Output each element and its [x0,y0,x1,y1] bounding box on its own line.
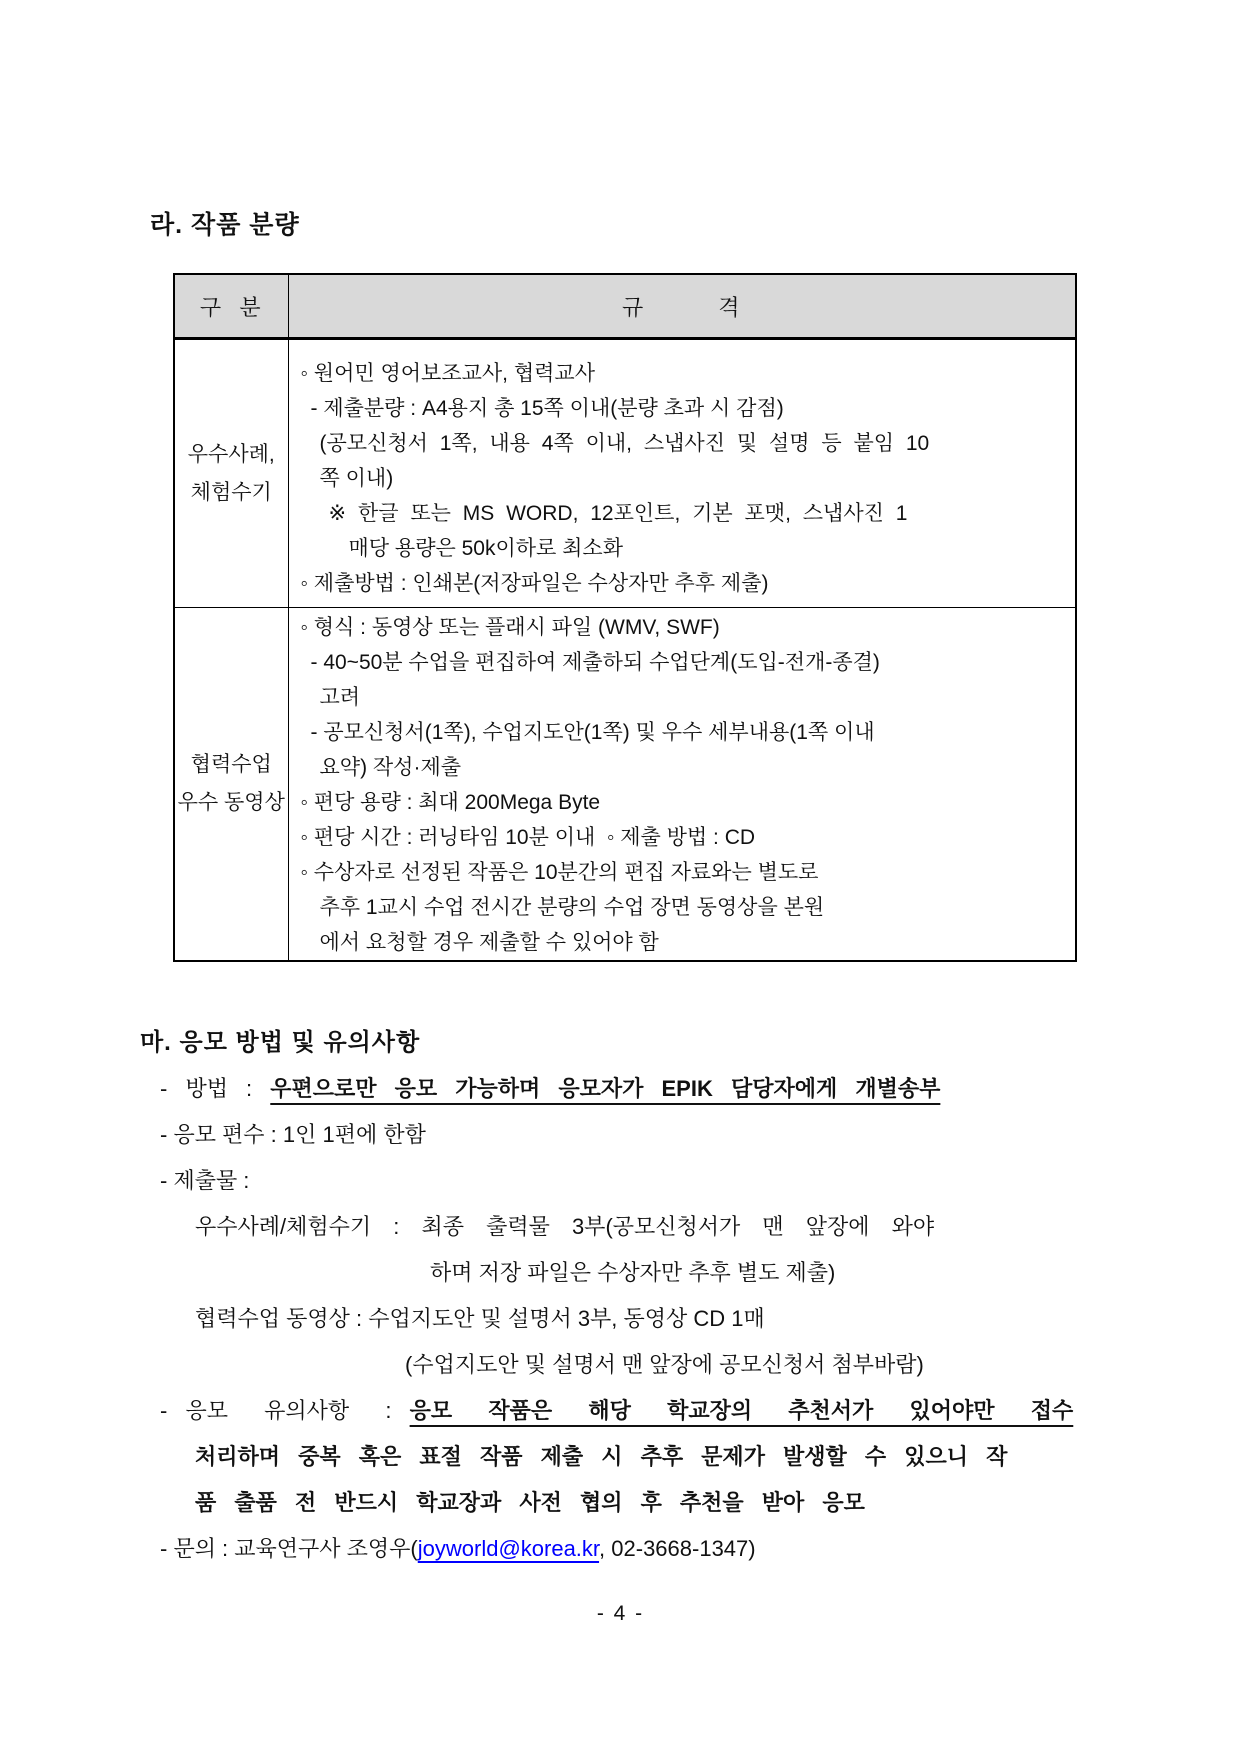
text-segment: 협력수업 동영상 : 수업지도안 및 설명서 3부, 동영상 CD 1매 [195,1306,765,1331]
text-line: 협력수업 [175,746,288,784]
text-line: 쪽 이내) [289,461,1076,496]
best-practice-submission-wrap: 하며 저장 파일은 수상자만 추후 별도 제출) [140,1250,1125,1296]
text-line: 우수 동영상 [175,784,288,822]
video-submission-wrap: (수업지도안 및 설명서 맨 앞장에 공모신청서 첨부바람) [140,1342,1125,1388]
text-segment: 처리하며 중복 혹은 표절 작품 제출 시 추후 문제가 발생할 수 있으니 작 [195,1444,1007,1469]
caution-line-2: 처리하며 중복 혹은 표절 작품 제출 시 추후 문제가 발생할 수 있으니 작 [140,1434,1125,1480]
text-line: ◦ 편당 용량 : 최대 200Mega Byte [289,785,1076,820]
volume-table: 구 분 규 격 우수사례,체험수기 ◦ 원어민 영어보조교사, 협력교사- 제출… [173,273,1077,962]
text-segment: - 공모신청서(1쪽), 수업지도안(1쪽) 및 우수 세부내용(1쪽 이내 [311,721,875,744]
text-segment: 응모 작품은 해당 학교장의 추천서가 있어야만 접수 [410,1398,1074,1423]
text-segment: 매당 용량은 50k이하로 최소화 [349,537,624,560]
section-heading-ma: 마. 응모 방법 및 유의사항 [140,1020,1125,1066]
submission-items-line: - 제출물 : [140,1158,1125,1204]
text-line: ◦ 편당 시간 : 러닝타임 10분 이내 ◦ 제출 방법 : CD [289,820,1076,855]
text-segment: - 방법 : [160,1076,270,1101]
text-line: 우수사례, [175,436,288,474]
row-label-coop-video: 협력수업우수 동영상 [174,608,288,962]
text-segment: 고려 [320,686,361,709]
text-segment: 우편으로만 응모 가능하며 응모자가 EPIK 담당자에게 개별송부 [270,1076,940,1101]
row-label-best-practices: 우수사례,체험수기 [174,339,288,608]
text-segment: (수업지도안 및 설명서 맨 앞장에 공모신청서 첨부바람) [405,1352,924,1377]
section-application-method: 마. 응모 방법 및 유의사항- 방법 : 우편으로만 응모 가능하며 응모자가… [140,1020,1125,1572]
text-segment: 추후 1교시 수업 전시간 분량의 수업 장면 동영상을 본원 [320,896,825,919]
text-segment: ◦ 원어민 영어보조교사, 협력교사 [301,362,596,385]
text-line: ※ 한글 또는 MS WORD, 12포인트, 기본 포맷, 스냅사진 1 [289,496,1076,531]
text-line: 추후 1교시 수업 전시간 분량의 수업 장면 동영상을 본원 [289,890,1076,925]
text-segment: - 문의 : 교육연구사 조영우( [160,1536,418,1561]
text-segment: , 02-3668-1347) [599,1536,756,1561]
text-line: (공모신청서 1쪽, 내용 4쪽 이내, 스냅사진 및 설명 등 붙임 10 [289,426,1076,461]
table-header-row: 구 분 규 격 [174,274,1076,339]
caution-line-1: - 응모 유의사항 : 응모 작품은 해당 학교장의 추천서가 있어야만 접수 [140,1388,1125,1434]
text-segment: 에서 요청할 경우 제출할 수 있어야 함 [320,931,659,954]
text-segment: ◦ 형식 : 동영상 또는 플래시 파일 (WMV, SWF) [301,616,720,639]
text-segment: 우수사례/체험수기 : 최종 출력물 3부(공모신청서가 맨 앞장에 와야 [195,1214,934,1239]
text-line: 고려 [289,680,1076,715]
table-header-category: 구 분 [174,274,288,339]
text-line: - 40~50분 수업을 편집하여 제출하되 수업단계(도입-전개-종결) [289,645,1076,680]
text-line: 체험수기 [175,474,288,512]
text-segment: - 제출분량 : A4용지 총 15쪽 이내(분량 초과 시 감점) [311,397,784,420]
text-segment: - 제출물 : [160,1168,249,1193]
method-line: - 방법 : 우편으로만 응모 가능하며 응모자가 EPIK 담당자에게 개별송… [140,1066,1125,1112]
row-content-coop-video: ◦ 형식 : 동영상 또는 플래시 파일 (WMV, SWF)- 40~50분 … [288,608,1076,962]
email-link[interactable]: joyworld@korea.kr [418,1536,599,1561]
text-line: ◦ 형식 : 동영상 또는 플래시 파일 (WMV, SWF) [289,610,1076,645]
text-segment: ◦ 수상자로 선정된 작품은 10분간의 편집 자료와는 별도로 [301,861,819,884]
entry-count-line: - 응모 편수 : 1인 1편에 한함 [140,1112,1125,1158]
text-line: 매당 용량은 50k이하로 최소화 [289,531,1076,566]
text-line: ◦ 원어민 영어보조교사, 협력교사 [289,356,1076,391]
document-page: 라. 작품 분량 구 분 규 격 우수사례,체험수기 ◦ 원어민 영어보조교사,… [0,0,1241,1754]
text-segment: 쪽 이내) [320,467,394,490]
text-segment: - 응모 편수 : 1인 1편에 한함 [160,1122,426,1147]
text-line: ◦ 제출방법 : 인쇄본(저장파일은 수상자만 추후 제출) [289,566,1076,601]
text-segment: ◦ 편당 용량 : 최대 200Mega Byte [301,791,601,814]
video-submission-line: 협력수업 동영상 : 수업지도안 및 설명서 3부, 동영상 CD 1매 [140,1296,1125,1342]
text-line: ◦ 수상자로 선정된 작품은 10분간의 편집 자료와는 별도로 [289,855,1076,890]
contact-line: - 문의 : 교육연구사 조영우(joyworld@korea.kr, 02-3… [140,1526,1125,1572]
text-segment: 우수사례, [188,443,275,466]
text-segment: ※ 한글 또는 MS WORD, 12포인트, 기본 포맷, 스냅사진 1 [329,502,908,525]
text-segment: 마. 응모 방법 및 유의사항 [140,1029,420,1056]
text-segment: ◦ 편당 시간 : 러닝타임 10분 이내 ◦ 제출 방법 : CD [301,826,756,849]
text-segment: - 응모 유의사항 : [160,1398,410,1423]
best-practice-submission-line: 우수사례/체험수기 : 최종 출력물 3부(공모신청서가 맨 앞장에 와야 [140,1204,1125,1250]
text-line: - 공모신청서(1쪽), 수업지도안(1쪽) 및 우수 세부내용(1쪽 이내 [289,715,1076,750]
section-heading-ra: 라. 작품 분량 [150,205,300,241]
text-line: - 제출분량 : A4용지 총 15쪽 이내(분량 초과 시 감점) [289,391,1076,426]
text-segment: 협력수업 [191,753,272,776]
table-row: 협력수업우수 동영상 ◦ 형식 : 동영상 또는 플래시 파일 (WMV, SW… [174,608,1076,962]
text-segment: (공모신청서 1쪽, 내용 4쪽 이내, 스냅사진 및 설명 등 붙임 10 [320,432,930,455]
text-segment: ◦ 제출방법 : 인쇄본(저장파일은 수상자만 추후 제출) [301,572,769,595]
text-line: 에서 요청할 경우 제출할 수 있어야 함 [289,925,1076,960]
table-row: 우수사례,체험수기 ◦ 원어민 영어보조교사, 협력교사- 제출분량 : A4용… [174,339,1076,608]
text-segment: 품 출품 전 반드시 학교장과 사전 협의 후 추천을 받아 응모 [195,1490,865,1515]
table-header-spec: 규 격 [288,274,1076,339]
caution-line-3: 품 출품 전 반드시 학교장과 사전 협의 후 추천을 받아 응모 [140,1480,1125,1526]
text-segment: 하며 저장 파일은 수상자만 추후 별도 제출) [430,1260,835,1285]
text-segment: 체험수기 [191,481,272,504]
text-segment: 우수 동영상 [178,791,285,814]
text-segment: - 40~50분 수업을 편집하여 제출하되 수업단계(도입-전개-종결) [311,651,880,674]
text-line: 요약) 작성·제출 [289,750,1076,785]
text-segment: 요약) 작성·제출 [320,756,462,779]
page-number: - 4 - [0,1602,1241,1626]
row-content-best-practices: ◦ 원어민 영어보조교사, 협력교사- 제출분량 : A4용지 총 15쪽 이내… [288,339,1076,608]
